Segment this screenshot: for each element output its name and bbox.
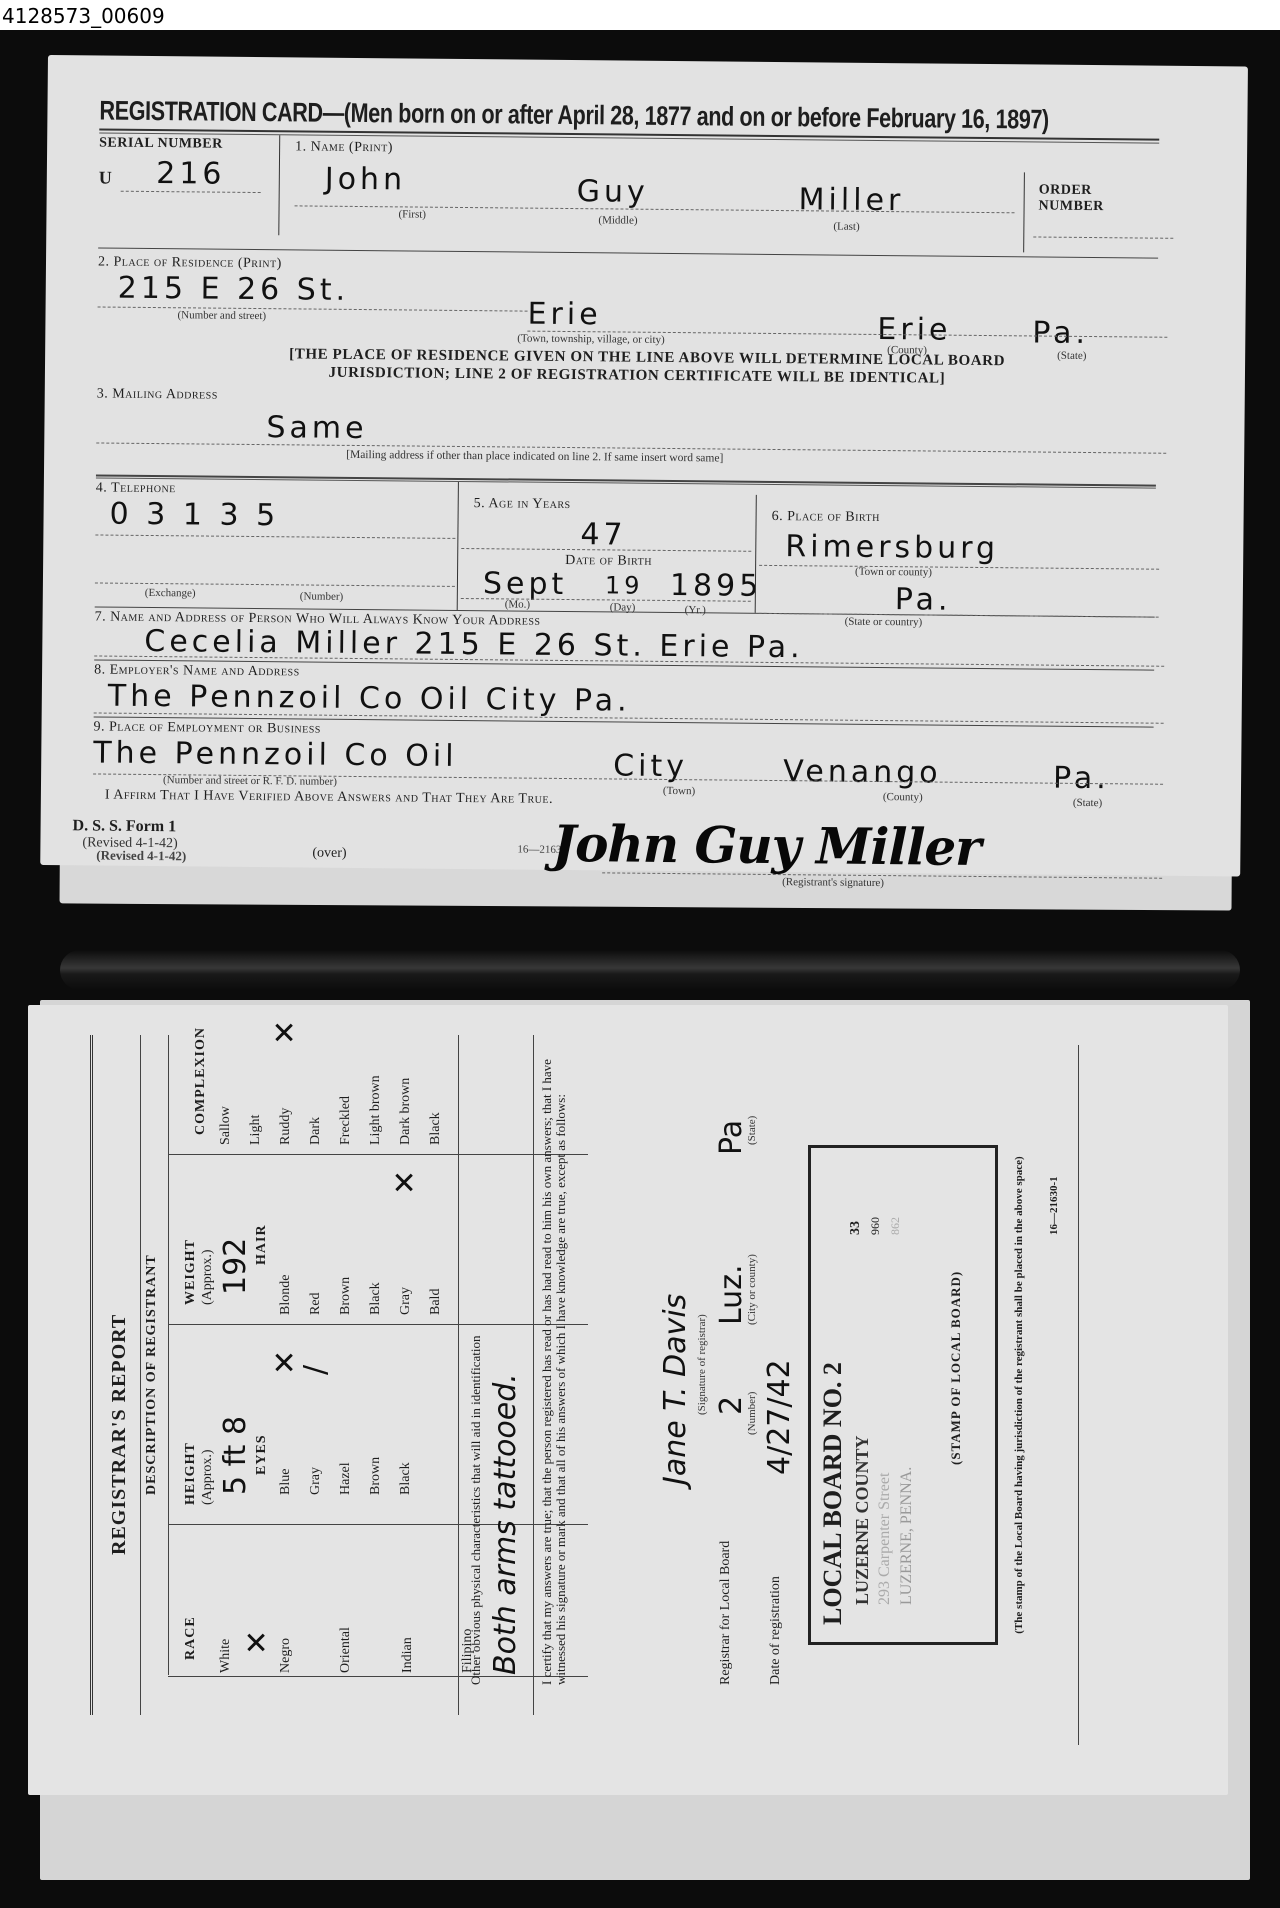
report-title: REGISTRAR'S REPORT	[108, 1314, 131, 1555]
race-indian: Indian	[400, 1637, 416, 1673]
order-number-label: ORDER NUMBER	[1039, 183, 1159, 216]
front-footer: I Affirm That I Have Verified Above Answ…	[92, 787, 1153, 907]
mailing-label: 3. Mailing Address	[97, 386, 218, 403]
employment-county: Venango	[783, 754, 942, 791]
stamp-line3: 293 Carpenter Street	[876, 1473, 894, 1605]
weight-sub: (Approx.)	[200, 1249, 216, 1305]
birthplace-label: 6. Place of Birth	[772, 509, 880, 526]
rule	[168, 1035, 169, 1675]
eyes-header: EYES	[254, 1434, 270, 1475]
hair-black: Black	[368, 1282, 384, 1315]
birthplace-town-caption: (Town or county)	[855, 566, 932, 579]
rule	[1078, 1045, 1088, 1745]
complexion-sallow: Sallow	[218, 1106, 234, 1145]
last-name: Miller	[798, 182, 904, 218]
registrar-signature-caption: (Signature of registrar)	[696, 1314, 708, 1415]
serial-number-label: SERIAL NUMBER	[99, 135, 223, 152]
certification-text: I certify that my answers are true; that…	[540, 1045, 568, 1685]
middle-caption: (Middle)	[598, 214, 637, 226]
street-caption: (Number and street)	[177, 309, 266, 322]
registrar-board-number: 2	[714, 1396, 749, 1415]
age-value: 47	[580, 517, 627, 552]
stamp-note: (The stamp of the Local Board having jur…	[1013, 1145, 1025, 1645]
order-number-field	[1033, 236, 1173, 238]
stamp-line2: LUZERNE COUNTY	[852, 1435, 873, 1605]
report-subtitle: DESCRIPTION OF REGISTRANT	[144, 1254, 160, 1495]
eyes-brown: Brown	[368, 1457, 384, 1495]
employer-row: 8. Employer's Name and Address The Pennz…	[94, 660, 1154, 726]
affirmation: I Affirm That I Have Verified Above Answ…	[105, 788, 553, 808]
hair-gray-mark: ✕	[388, 1170, 423, 1195]
residence-state: Pa.	[1032, 315, 1089, 351]
complexion-dark-brown: Dark brown	[398, 1078, 414, 1145]
dob-month: Sept	[483, 566, 568, 602]
first-caption: (First)	[398, 208, 426, 220]
complexion-header: COMPLEXION	[193, 1027, 209, 1135]
contact-row: 7. Name and Address of Person Who Will A…	[94, 607, 1154, 669]
stamp-side-mark2: 960	[868, 1217, 883, 1235]
board-number-caption: (Number)	[746, 1392, 758, 1435]
signature-caption: (Registrant's signature)	[782, 876, 884, 889]
file-label: 4128573_00609	[2, 2, 165, 30]
rule	[168, 1524, 588, 1525]
eyes-gray: Gray	[308, 1467, 324, 1495]
rule	[168, 1154, 588, 1155]
complexion-ruddy: Ruddy	[278, 1108, 294, 1145]
residence-town: Erie	[527, 297, 601, 333]
complexion-black: Black	[428, 1112, 444, 1145]
other-characteristics-value: Both arms tattooed.	[488, 1373, 523, 1675]
race-negro: Negro	[278, 1638, 294, 1673]
stamp-caption: (STAMP OF LOCAL BOARD)	[948, 1271, 964, 1465]
mailing-caption: [Mailing address if other than place ind…	[346, 449, 723, 465]
weight-header: WEIGHT	[183, 1239, 199, 1305]
employer-label: 8. Employer's Name and Address	[94, 662, 300, 680]
registration-date-value: 4/27/42	[762, 1359, 797, 1475]
stamp-line1: LOCAL BOARD NO. 2	[818, 1362, 848, 1625]
birthplace-state: Pa.	[895, 582, 952, 618]
race-header: RACE	[183, 1616, 199, 1660]
number-caption: (Number)	[300, 590, 343, 602]
registrar-board-label: Registrar for Local Board	[718, 1541, 734, 1685]
complexion-ruddy-mark: ✕	[268, 1020, 303, 1045]
residence-street: 215 E 26 St.	[118, 271, 350, 308]
registrars-report-card: REGISTRAR'S REPORT DESCRIPTION OF REGIST…	[28, 1005, 1228, 1795]
employment-street: The Pennzoil Co Oil	[93, 735, 458, 773]
eyes-gray-mark: /	[298, 1365, 333, 1375]
hair-header: HAIR	[254, 1224, 270, 1265]
other-characteristics-label: Other obvious physical characteristics t…	[468, 1336, 484, 1685]
hair-brown: Brown	[338, 1277, 354, 1315]
complexion-dark: Dark	[308, 1117, 324, 1145]
left-rule	[90, 1035, 93, 1715]
exchange-caption: (Exchange)	[145, 587, 196, 599]
dob-label: Date of Birth	[565, 553, 652, 570]
binder-fold	[60, 950, 1240, 990]
name-label: 1. Name (Print)	[295, 139, 393, 156]
telephone-value: 0 3 1 3 5	[109, 497, 279, 534]
hair-gray: Gray	[398, 1287, 414, 1315]
race-white: White	[218, 1639, 234, 1673]
race-white-mark: ✕	[240, 1630, 275, 1655]
over-label: (over)	[312, 846, 346, 862]
board-state-caption: (State)	[746, 1116, 758, 1145]
form-id: D. S. S. Form 1	[73, 817, 177, 836]
height-header: HEIGHT	[183, 1442, 199, 1505]
rule	[458, 1035, 459, 1715]
serial-number-value: 216	[121, 156, 261, 193]
complexion-light-brown: Light brown	[368, 1075, 384, 1145]
mailing-value: Same	[266, 410, 367, 446]
height-value: 5 ft 8	[218, 1416, 253, 1495]
mailing-row: 3. Mailing Address Same [Mailing address…	[96, 398, 1157, 484]
complexion-light: Light	[248, 1115, 264, 1145]
divider	[1023, 172, 1025, 252]
divider	[457, 482, 459, 610]
age-label: 5. Age in Years	[474, 496, 571, 513]
board-city-caption: (City or county)	[746, 1254, 758, 1325]
rule	[140, 1035, 141, 1715]
serial-prefix: U	[99, 167, 112, 188]
employment-street-caption: (Number and street or R. F. D. number)	[163, 774, 337, 788]
residence-county: Erie	[877, 312, 951, 348]
weight-value: 192	[218, 1238, 253, 1295]
complexion-freckled: Freckled	[338, 1096, 354, 1145]
employment-state: Pa.	[1053, 761, 1110, 797]
dob-year: 1895	[670, 568, 763, 604]
stamp-side-mark3: 862	[888, 1217, 903, 1235]
middle-name: Guy	[577, 174, 649, 210]
race-oriental: Oriental	[338, 1627, 354, 1673]
registrar-board-city: Luz.	[714, 1265, 749, 1325]
registration-card-front: REGISTRATION CARD—(Men born on or after …	[40, 55, 1248, 876]
stamp-line4: LUZERNE, PENNA.	[898, 1467, 916, 1605]
rotated-report-content: REGISTRAR'S REPORT DESCRIPTION OF REGIST…	[28, 1005, 1228, 1795]
name-row: SERIAL NUMBER U 216 1. Name (Print) John…	[98, 133, 1159, 255]
back-print-code: 16—21630-1	[1048, 1176, 1060, 1235]
telephone-label: 4. Telephone	[96, 480, 176, 497]
first-name: John	[325, 162, 407, 198]
hair-bald: Bald	[428, 1289, 444, 1315]
eyes-black: Black	[398, 1462, 414, 1495]
registrar-signature: Jane T. Davis	[658, 1294, 693, 1485]
under-card-revised: (Revised 4-1-42)	[96, 848, 186, 865]
hair-blonde: Blonde	[278, 1275, 294, 1315]
divider	[278, 135, 280, 235]
eyes-blue: Blue	[278, 1469, 294, 1495]
registration-date-label: Date of registration	[768, 1576, 784, 1685]
birthplace-town: Rimersburg	[785, 529, 999, 566]
hair-red: Red	[308, 1292, 324, 1315]
eyes-hazel: Hazel	[338, 1462, 354, 1495]
phone-age-birth-row: 4. Telephone 0 3 1 3 5 (Exchange) (Numbe…	[95, 478, 1156, 616]
height-sub: (Approx.)	[200, 1449, 216, 1505]
employment-row: 9. Place of Employment or Business The P…	[93, 717, 1154, 797]
month-caption: (Mo.)	[505, 598, 530, 610]
rule	[168, 1324, 588, 1325]
dob-day: 19	[605, 571, 644, 599]
residence-row: 2. Place of Residence (Print) 215 E 26 S…	[97, 248, 1158, 408]
rule	[168, 1676, 588, 1677]
registrant-signature: John Guy Miller	[552, 814, 981, 877]
residence-label: 2. Place of Residence (Print)	[98, 254, 282, 272]
last-caption: (Last)	[833, 221, 859, 233]
registrar-board-state: Pa	[714, 1120, 749, 1155]
stamp-side-mark1: 33	[848, 1221, 864, 1235]
town-caption: (Town, township, village, or city)	[517, 333, 665, 346]
rule	[533, 1035, 534, 1715]
phone-dotline	[95, 534, 455, 538]
